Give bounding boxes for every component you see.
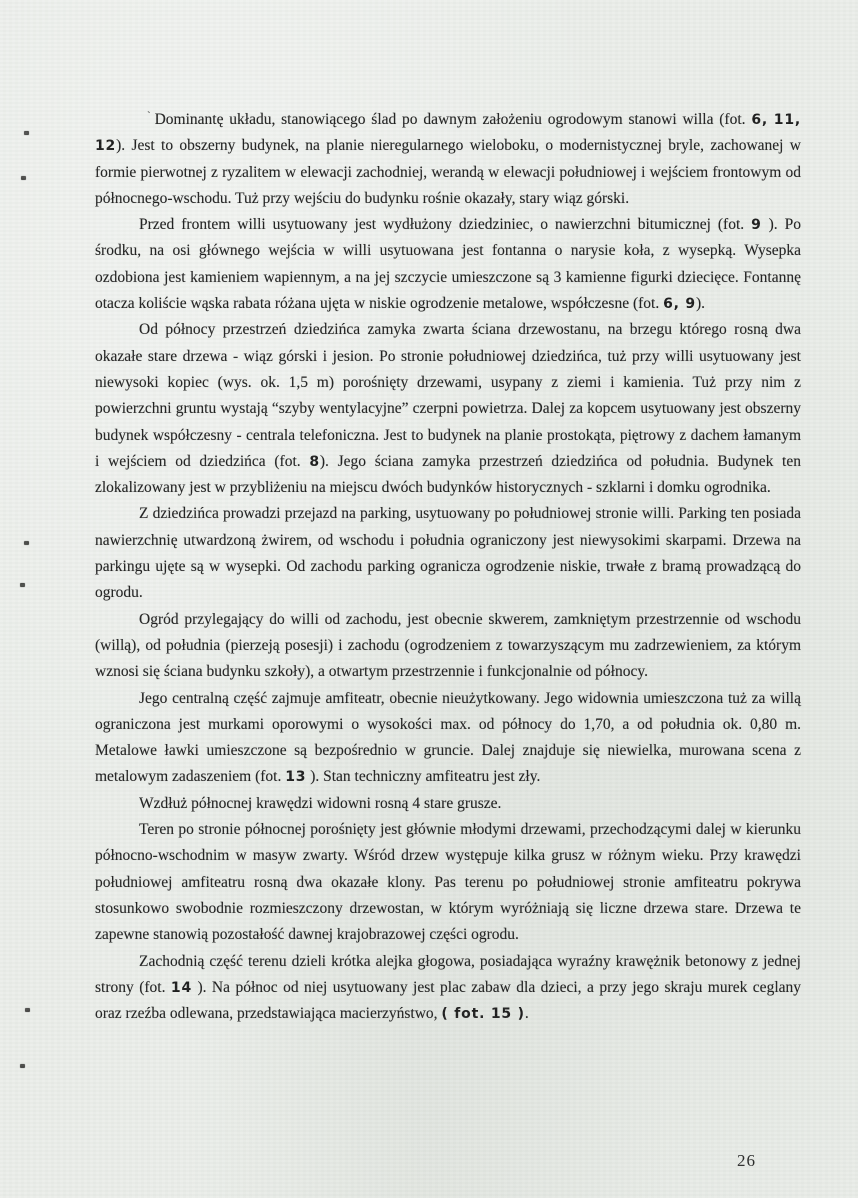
paragraph-north-terrain: Teren po stronie północnej porośnięty je… bbox=[95, 817, 801, 948]
paragraph-garden-square: Ogród przylegający do willi od zachodu, … bbox=[95, 607, 801, 686]
typed-text: Przed frontem willi usytuowany jest wydł… bbox=[139, 216, 751, 233]
handwritten-annotation: 13 bbox=[285, 769, 306, 785]
paragraph-west-alley-playground: Zachodnią część terenu dzieli krótka ale… bbox=[95, 949, 801, 1028]
scan-speck bbox=[25, 1008, 30, 1012]
typed-text: . bbox=[525, 1005, 529, 1022]
handwritten-annotation: 6, 9 bbox=[663, 296, 696, 312]
typed-text: Ogród przylegający do willi od zachodu, … bbox=[95, 611, 801, 681]
typed-text: Wzdłuż północnej krawędzi widowni rosną … bbox=[139, 795, 501, 812]
scan-speck bbox=[21, 176, 26, 180]
handwritten-annotation: 8 bbox=[309, 454, 320, 470]
handwritten-annotation: 14 bbox=[171, 980, 192, 996]
paragraph-courtyard-fountain: Przed frontem willi usytuowany jest wydł… bbox=[95, 212, 801, 317]
paragraph-north-trees-mound: Od północy przestrzeń dziedzińca zamyka … bbox=[95, 317, 801, 501]
typed-text: ). Jest to obszerny budynek, na planie n… bbox=[95, 137, 801, 207]
page-number: 26 bbox=[737, 1151, 756, 1171]
pen-tick-mark: ˋ bbox=[147, 110, 155, 122]
scan-speck bbox=[20, 1064, 25, 1068]
paragraph-amphitheatre: Jego centralną część zajmuje amfiteatr, … bbox=[95, 686, 801, 791]
typed-text: Dominantę układu, stanowiącego ślad po d… bbox=[155, 111, 752, 128]
paragraph-pear-trees: Wzdłuż północnej krawędzi widowni rosną … bbox=[95, 791, 801, 817]
typed-text: Z dziedzińca prowadzi przejazd na parkin… bbox=[95, 505, 801, 601]
scan-speck bbox=[24, 541, 29, 545]
typed-text: Od północy przestrzeń dziedzińca zamyka … bbox=[95, 321, 801, 469]
scan-speck bbox=[24, 131, 29, 135]
paragraph-parking: Z dziedzińca prowadzi przejazd na parkin… bbox=[95, 501, 801, 606]
typed-text: Teren po stronie północnej porośnięty je… bbox=[95, 821, 801, 943]
paragraph-villa-description: ˋDominantę układu, stanowiącego ślad po … bbox=[95, 103, 801, 212]
typed-text: ). Stan techniczny amfiteatru jest zły. bbox=[306, 768, 540, 785]
handwritten-annotation: ( fot. 15 ) bbox=[441, 1006, 524, 1022]
document-body: ˋDominantę układu, stanowiącego ślad po … bbox=[95, 103, 801, 1027]
handwritten-annotation: 6, bbox=[751, 112, 768, 128]
scanned-document-page: ˋDominantę układu, stanowiącego ślad po … bbox=[0, 0, 858, 1198]
typed-text: ). bbox=[696, 295, 705, 312]
scan-speck bbox=[20, 583, 25, 587]
handwritten-annotation: 9 bbox=[751, 217, 762, 233]
